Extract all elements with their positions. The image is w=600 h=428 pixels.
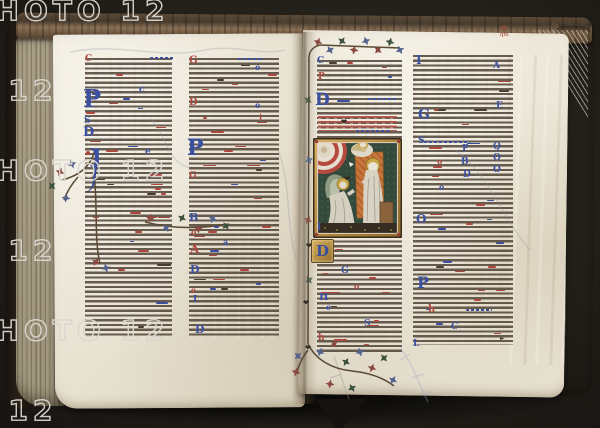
manuscript-photo: CcPSDeJGoDoiPGBoaADeIDCPDIGHeoShIAGESPQo… (0, 0, 600, 428)
photo12-watermark: PHOTO 12PHOTO 12PHOTO 12PHOTO 12PHOTO 12… (0, 0, 600, 428)
